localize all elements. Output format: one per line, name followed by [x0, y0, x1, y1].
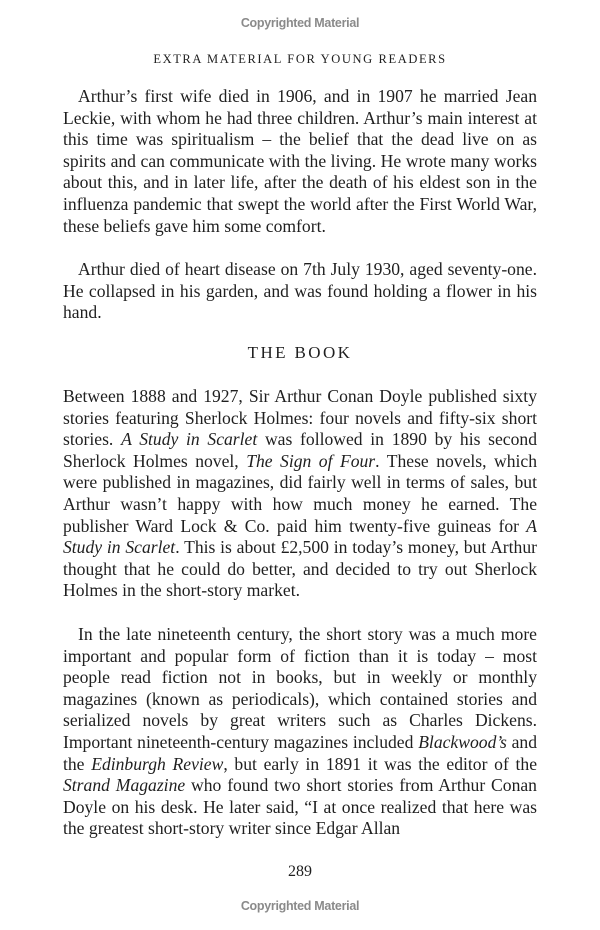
running-head: EXTRA MATERIAL FOR YOUNG READERS [0, 52, 600, 67]
book-title-italic: The Sign of Four [246, 451, 375, 471]
paragraph-text: Arthur’s first wife died in 1906, and in… [63, 86, 537, 237]
paragraph-text: Between 1888 and 1927, Sir Arthur Conan … [63, 386, 537, 602]
paragraph-publishing-history: Between 1888 and 1927, Sir Arthur Conan … [63, 386, 537, 602]
text-run: , but early in 1891 it was the editor of… [223, 754, 537, 774]
magazine-title-italic: Blackwood’s [418, 732, 507, 752]
copyright-watermark-bottom: Copyrighted Material [0, 899, 600, 913]
magazine-title-italic: Edinburgh Review [91, 754, 223, 774]
paragraph-death: Arthur died of heart disease on 7th July… [63, 259, 537, 324]
copyright-watermark-top: Copyrighted Material [0, 16, 600, 30]
magazine-title-italic: Strand Magazine [63, 775, 185, 795]
paragraph-text: In the late nineteenth century, the shor… [63, 624, 537, 840]
section-heading-the-book: THE BOOK [0, 343, 600, 363]
paragraph-text: Arthur died of heart disease on 7th July… [63, 259, 537, 324]
page-number: 289 [0, 863, 600, 881]
paragraph-first-wife: Arthur’s first wife died in 1906, and in… [63, 86, 537, 237]
paragraph-short-story-era: In the late nineteenth century, the shor… [63, 624, 537, 840]
book-title-italic: A Study in Scarlet [121, 429, 257, 449]
